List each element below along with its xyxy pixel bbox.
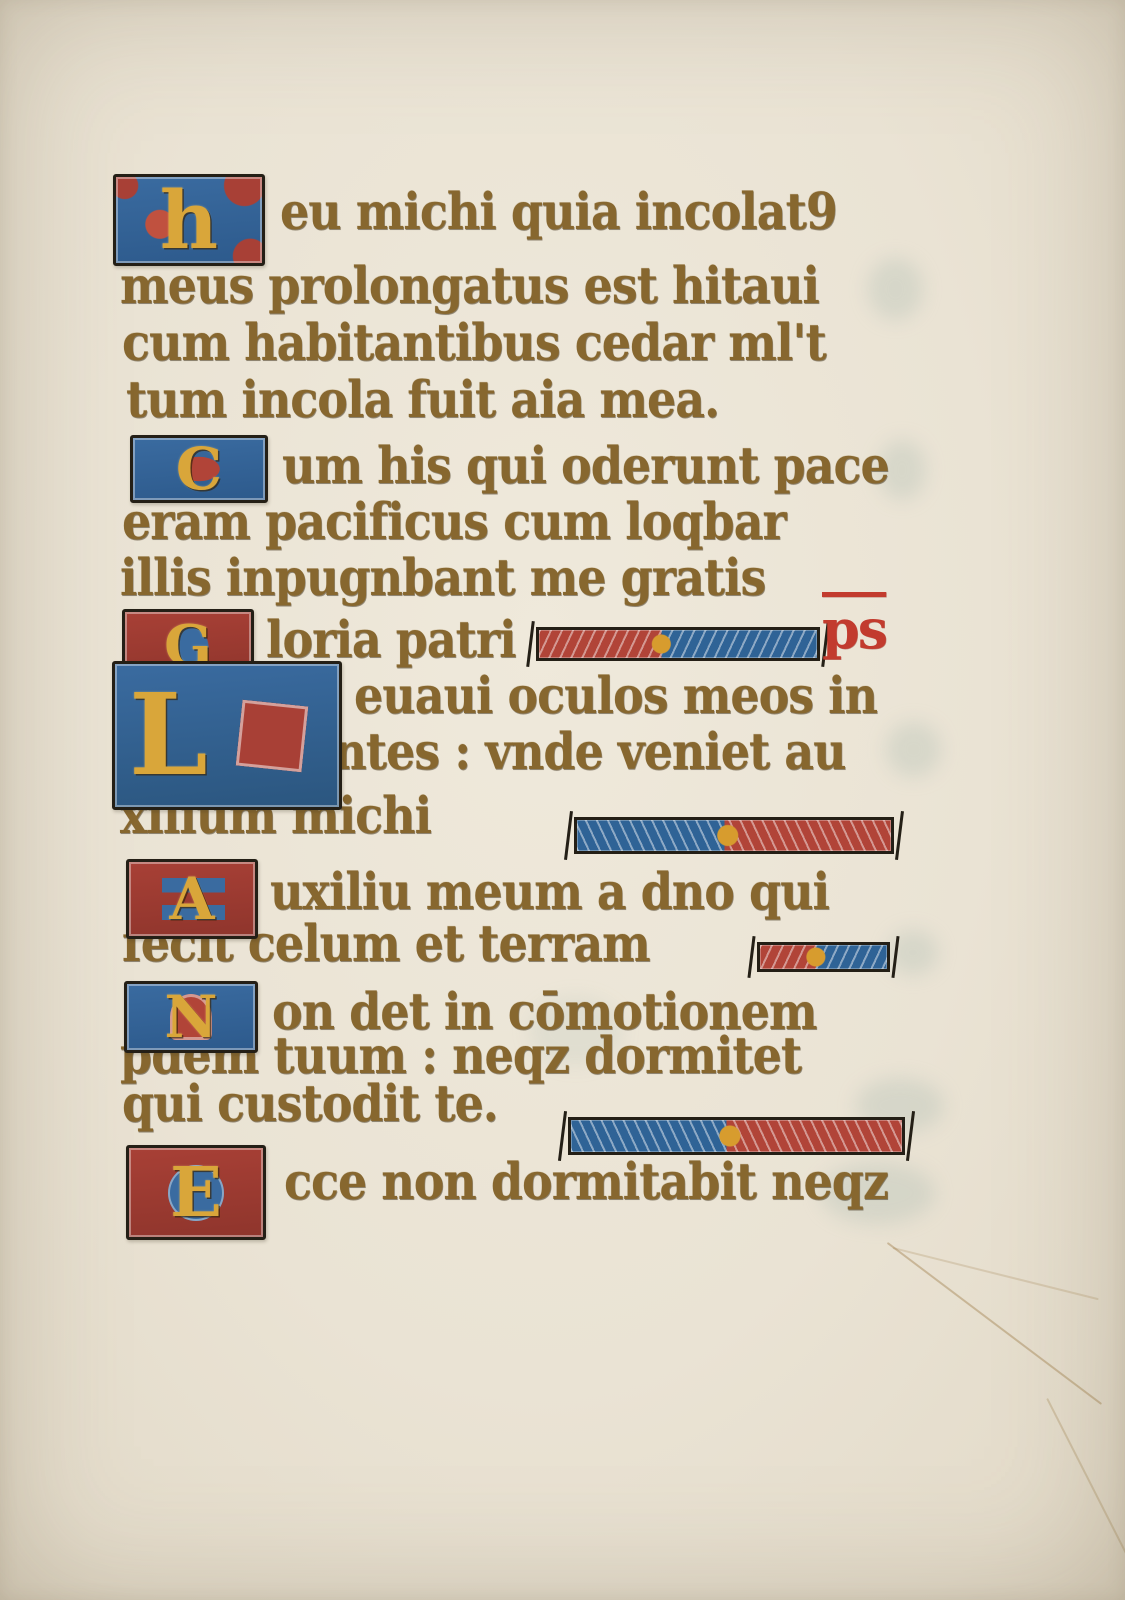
line-filler-ornament: [757, 942, 890, 972]
illuminated-initial-l: L: [112, 661, 342, 810]
manuscript-text-line: montes : vnde veniet au: [256, 726, 846, 777]
manuscript-text-line: cum habitantibus cedar ml't: [122, 317, 826, 368]
illuminated-initial-a: A: [126, 859, 258, 939]
manuscript-text-line: eram pacificus cum loqbar: [122, 496, 786, 547]
manuscript-page: h C G L A N E eu michi quia incolat9 meu…: [0, 0, 1125, 1600]
show-through-smudge: [886, 722, 941, 777]
manuscript-text-line: loria patri: [266, 614, 516, 665]
manuscript-text-line: cce non dormitabit neqz: [284, 1156, 888, 1207]
manuscript-text-line: uxiliu meum a dno qui: [270, 866, 829, 917]
illuminated-initial-n: N: [124, 981, 258, 1053]
line-filler-ornament: [536, 627, 820, 661]
show-through-smudge: [868, 258, 923, 320]
crease-line: [887, 1242, 1102, 1405]
line-filler-ornament: [574, 817, 894, 854]
psalm-abbreviation-mark: ps: [822, 602, 886, 656]
manuscript-text-line: illis inpugnbant me gratis: [120, 552, 765, 603]
manuscript-text-line: qui custodit te.: [122, 1078, 498, 1129]
manuscript-text-line: tum incola fuit aia mea.: [126, 374, 719, 425]
line-filler-ornament: [568, 1117, 905, 1155]
illuminated-initial-c: C: [130, 435, 268, 503]
crease-line: [893, 1247, 1099, 1300]
crease-line: [1046, 1398, 1125, 1558]
manuscript-text-line: eu michi quia incolat9: [280, 186, 837, 237]
manuscript-text-line: meus prolongatus est hitaui: [120, 260, 819, 311]
illuminated-initial-h: h: [113, 174, 265, 266]
manuscript-text-line: euaui oculos meos in: [354, 670, 877, 721]
manuscript-text-line: um his qui oderunt pace: [282, 440, 889, 491]
illuminated-initial-e: E: [126, 1145, 266, 1240]
